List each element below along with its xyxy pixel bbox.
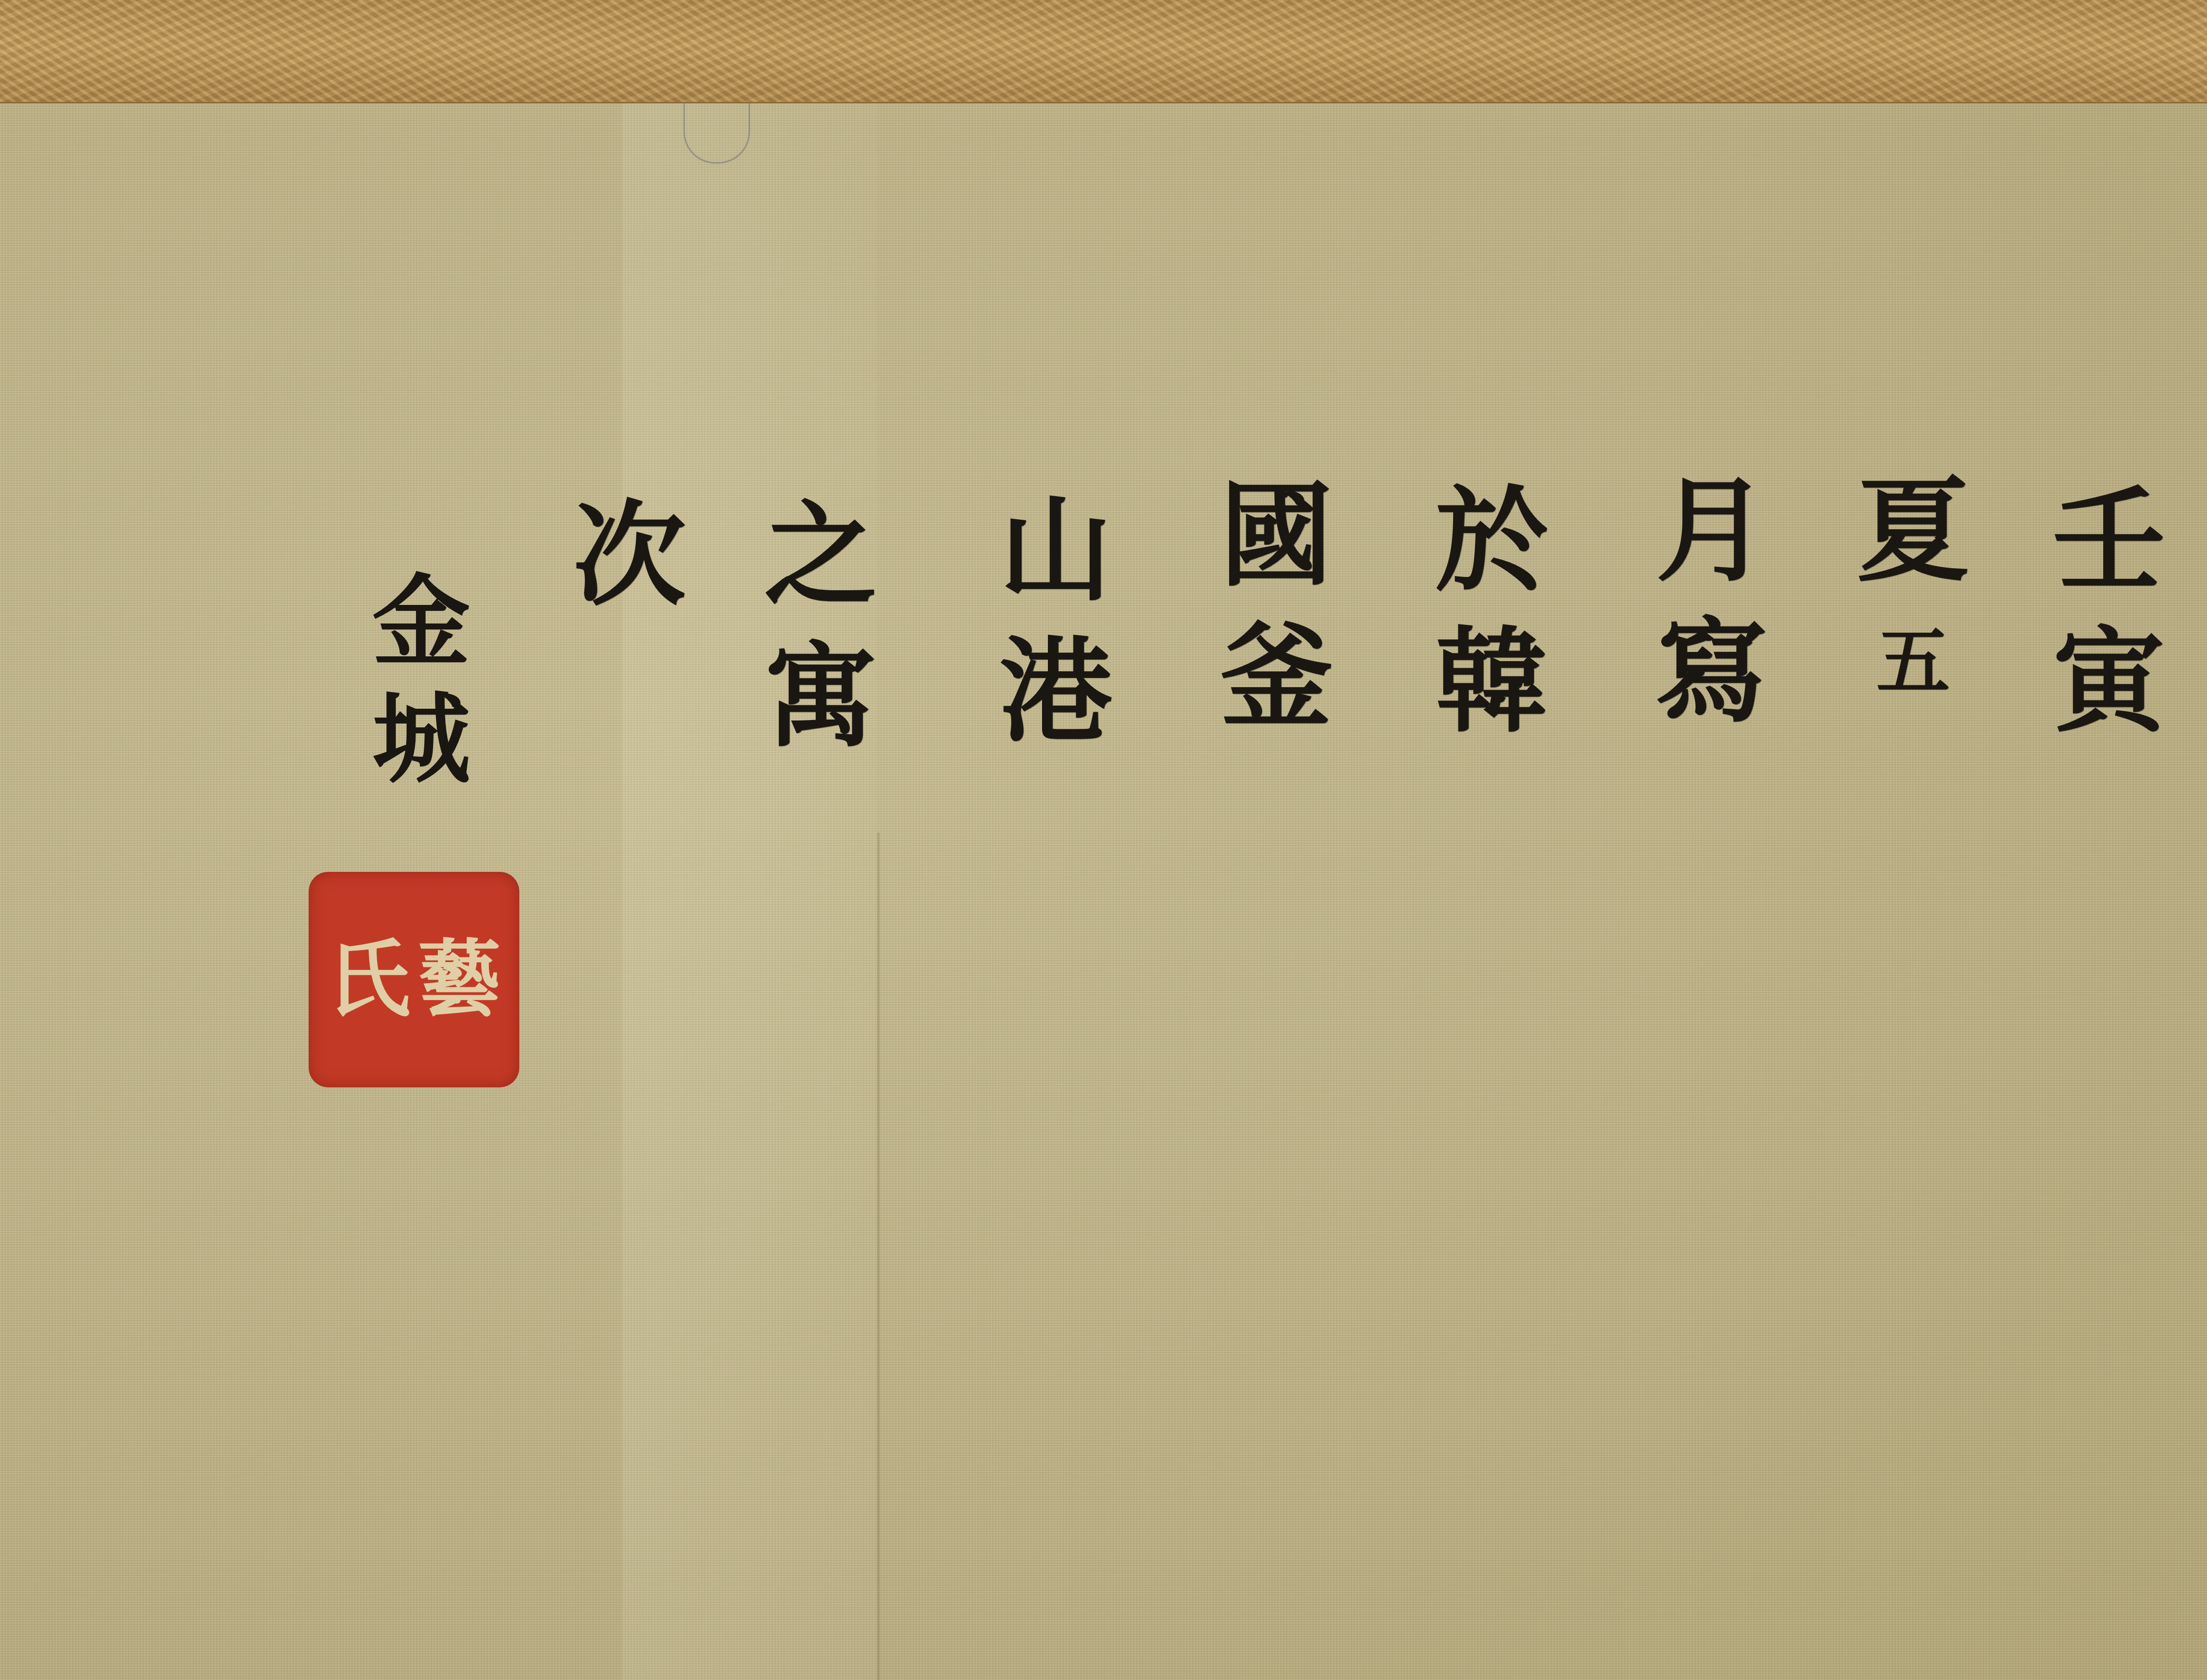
inscription-char: 港 xyxy=(999,621,1112,762)
inscription-char: 月 xyxy=(1656,460,1769,601)
artist-signature: 金 城 xyxy=(372,563,470,798)
brocade-mounting-border xyxy=(0,0,2207,103)
inscription-char: 五 xyxy=(1876,616,1950,708)
inscription-char: 山 xyxy=(999,480,1112,621)
inscription-char: 釜 xyxy=(1220,606,1333,747)
signature-char: 城 xyxy=(372,681,470,798)
inscription-char: 寓 xyxy=(764,626,877,767)
red-seal-stamp: 氏 藝 xyxy=(309,872,519,1087)
inscription-char: 韓 xyxy=(1435,611,1548,752)
inscription-char: 夏 xyxy=(1857,460,1969,601)
inscription-char: 之 xyxy=(764,485,877,626)
inscription-column-4: 於 韓 xyxy=(1435,470,1548,752)
inscription-char: 國 xyxy=(1220,465,1333,606)
inscription: 壬 寅 夏 五 月 寫 於 韓 國 釜 山 港 之 寓 次 xyxy=(0,451,2207,842)
inscription-column-1: 壬 寅 xyxy=(2053,470,2165,752)
silk-crease xyxy=(877,833,880,1680)
signature-char: 金 xyxy=(372,563,470,681)
inscription-char: 次 xyxy=(573,485,686,626)
inscription-char: 寅 xyxy=(2053,611,2165,752)
inscription-char: 於 xyxy=(1435,470,1548,611)
inscription-column-7: 之 寓 xyxy=(764,485,877,767)
inscription-column-8: 次 xyxy=(573,485,686,626)
inscription-column-2: 夏 五 xyxy=(1857,460,1969,708)
inscription-column-6: 山 港 xyxy=(999,480,1112,762)
pencil-mark xyxy=(683,103,750,164)
inscription-column-3: 月 寫 xyxy=(1656,460,1769,742)
inscription-char: 寫 xyxy=(1656,601,1769,743)
lighter-silk-section xyxy=(622,103,877,1680)
seal-char: 藝 xyxy=(417,938,501,1021)
seal-char: 氏 xyxy=(327,938,410,1021)
inscription-char: 壬 xyxy=(2053,470,2165,611)
inscription-column-5: 國 釜 xyxy=(1220,465,1333,747)
